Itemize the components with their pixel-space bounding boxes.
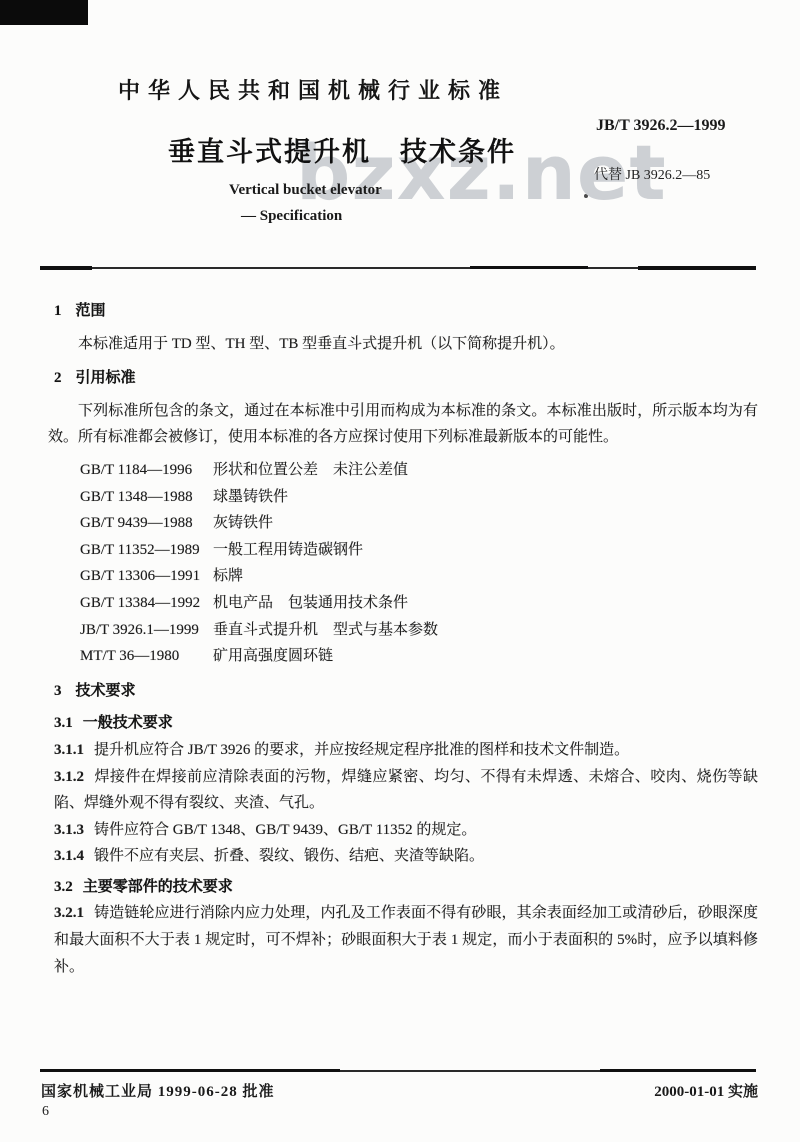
subsection-heading-main-parts: 3.2主要零部件的技术要求 xyxy=(54,874,758,901)
clause-number: 3.1.1 xyxy=(54,742,84,758)
standard-code: GB/T 11352—1989 xyxy=(80,537,213,564)
approval-note: 国家机械工业局 1999-06-28 批准 xyxy=(41,1080,275,1101)
clause-text: 锻件不应有夹层、折叠、裂纹、锻伤、结疤、夹渣等缺陷。 xyxy=(94,848,484,864)
referenced-standards-list: GB/T 1184—1996 形状和位置公差 未注公差值 GB/T 1348—1… xyxy=(80,457,758,670)
section-number: 3 xyxy=(54,683,62,699)
standard-title: 机电产品 包装通用技术条件 xyxy=(213,590,758,617)
english-title-line2: — Specification xyxy=(241,208,342,225)
standard-title: 垂直斗式提升机 型式与基本参数 xyxy=(213,617,758,644)
standard-item: GB/T 13306—1991 标牌 xyxy=(80,563,758,590)
section-heading-references: 2引用标准 xyxy=(54,365,758,392)
standard-title: 一般工程用铸造碳钢件 xyxy=(213,537,758,564)
clause-number: 3.1.4 xyxy=(54,848,84,864)
standard-code: GB/T 13384—1992 xyxy=(80,590,213,617)
standard-item: MT/T 36—1980 矿用高强度圆环链 xyxy=(80,643,758,670)
standard-title: 矿用高强度圆环链 xyxy=(213,643,758,670)
standard-item: GB/T 9439—1988 灰铸铁件 xyxy=(80,510,758,537)
document-title: 垂直斗式提升机 技术条件 xyxy=(168,130,516,169)
subsection-title: 主要零部件的技术要求 xyxy=(83,879,233,895)
replaces-note: 代替 JB 3926.2—85 xyxy=(594,164,710,184)
english-title-line1: Vertical bucket elevator xyxy=(229,182,382,199)
scan-artifact-corner xyxy=(0,0,88,25)
subsection-heading-general: 3.1一般技术要求 xyxy=(54,710,758,737)
standard-item: GB/T 11352—1989 一般工程用铸造碳钢件 xyxy=(80,537,758,564)
clause-number: 3.1.2 xyxy=(54,769,84,785)
standard-code: JB/T 3926.1—1999 xyxy=(80,617,213,644)
clause-number: 3.1.3 xyxy=(54,822,84,838)
header-rule xyxy=(40,266,756,271)
section-title: 技术要求 xyxy=(76,683,136,699)
clause-number: 3.2.1 xyxy=(54,905,84,921)
clause-paragraph: 3.1.3铸件应符合 GB/T 1348、GB/T 9439、GB/T 1135… xyxy=(54,817,758,844)
section-number: 2 xyxy=(54,370,62,386)
standard-code: GB/T 13306—1991 xyxy=(80,563,213,590)
footer-rule xyxy=(40,1069,756,1073)
standard-title: 球墨铸铁件 xyxy=(213,484,758,511)
standard-title: 灰铸铁件 xyxy=(213,510,758,537)
clause-text: 提升机应符合 JB/T 3926 的要求，并应按经规定程序批准的图样和技术文件制… xyxy=(94,742,629,758)
subsection-title: 一般技术要求 xyxy=(83,715,173,731)
page-number: 6 xyxy=(42,1104,49,1120)
standard-code: MT/T 36—1980 xyxy=(80,643,213,670)
scope-paragraph: 本标准适用于 TD 型、TH 型、TB 型垂直斗式提升机（以下简称提升机）。 xyxy=(48,331,758,358)
standard-item: GB/T 13384—1992 机电产品 包装通用技术条件 xyxy=(80,590,758,617)
standard-code: GB/T 1184—1996 xyxy=(80,457,213,484)
section-heading-scope: 1范围 xyxy=(54,298,758,325)
standard-item: JB/T 3926.1—1999 垂直斗式提升机 型式与基本参数 xyxy=(80,617,758,644)
standard-code: GB/T 1348—1988 xyxy=(80,484,213,511)
document-page: bzxz.net 中华人民共和国机械行业标准 JB/T 3926.2—1999 … xyxy=(0,0,800,1142)
standard-item: GB/T 1348—1988 球墨铸铁件 xyxy=(80,484,758,511)
standard-org-line: 中华人民共和国机械行业标准 xyxy=(118,74,508,105)
references-intro-paragraph: 下列标准所包含的条文，通过在本标准中引用而构成为本标准的条文。本标准出版时，所示… xyxy=(48,398,758,451)
section-title: 引用标准 xyxy=(76,370,136,386)
subsection-number: 3.1 xyxy=(54,715,73,731)
clause-paragraph: 3.1.1提升机应符合 JB/T 3926 的要求，并应按经规定程序批准的图样和… xyxy=(54,737,758,764)
standard-title: 标牌 xyxy=(213,563,758,590)
standard-title: 形状和位置公差 未注公差值 xyxy=(213,457,758,484)
clause-paragraph: 3.1.2焊接件在焊接前应清除表面的污物，焊缝应紧密、均匀、不得有未焊透、未熔合… xyxy=(54,764,758,817)
implementation-note: 2000-01-01 实施 xyxy=(654,1080,758,1101)
subsection-number: 3.2 xyxy=(54,879,73,895)
clause-paragraph: 3.1.4锻件不应有夹层、折叠、裂纹、锻伤、结疤、夹渣等缺陷。 xyxy=(54,843,758,870)
section-number: 1 xyxy=(54,303,62,319)
section-title: 范围 xyxy=(76,303,106,319)
standard-item: GB/T 1184—1996 形状和位置公差 未注公差值 xyxy=(80,457,758,484)
standard-code: GB/T 9439—1988 xyxy=(80,510,213,537)
clause-text: 铸造链轮应进行消除内应力处理，内孔及工作表面不得有砂眼，其余表面经加工或清砂后，… xyxy=(54,905,758,974)
section-heading-requirements: 3技术要求 xyxy=(54,678,758,705)
clause-text: 铸件应符合 GB/T 1348、GB/T 9439、GB/T 11352 的规定… xyxy=(94,822,476,838)
standard-number: JB/T 3926.2—1999 xyxy=(596,117,726,135)
clause-paragraph: 3.2.1铸造链轮应进行消除内应力处理，内孔及工作表面不得有砂眼，其余表面经加工… xyxy=(54,900,758,980)
clause-text: 焊接件在焊接前应清除表面的污物，焊缝应紧密、均匀、不得有未焊透、未熔合、咬肉、烧… xyxy=(54,769,758,812)
document-body: 1范围 本标准适用于 TD 型、TH 型、TB 型垂直斗式提升机（以下简称提升机… xyxy=(48,290,758,980)
